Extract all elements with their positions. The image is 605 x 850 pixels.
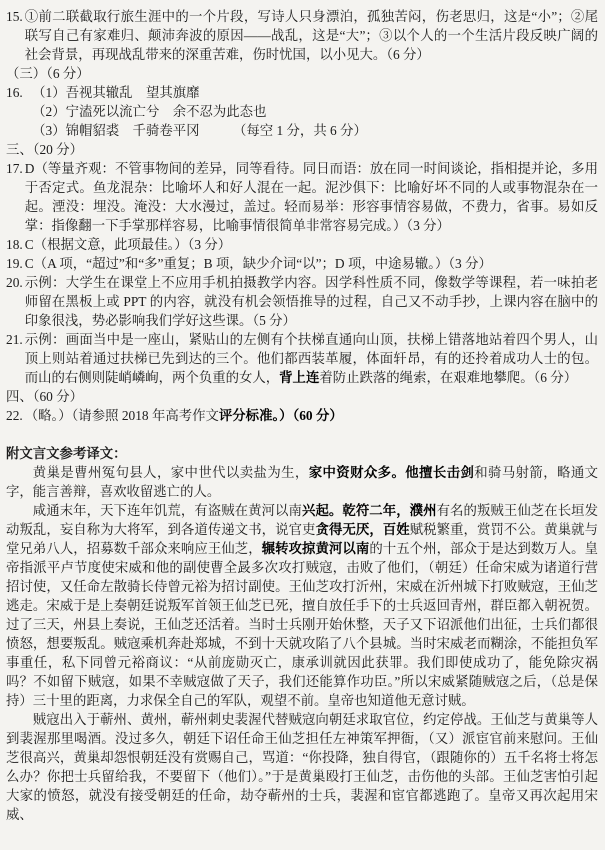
answer-item-15: 15.①前二联截取行旅生涯中的一个片段，写诗人只身漂泊，孤独苦闷，伤老思归，这是…: [6, 7, 598, 64]
text-segment: 三、（20 分）: [6, 142, 83, 157]
answer-item-subline: （2）宁溘死以流亡兮 余不忍为此态也: [6, 102, 598, 121]
item-number: 21.: [6, 330, 23, 349]
document-body: 15.①前二联截取行旅生涯中的一个片段，写诗人只身漂泊，孤独苦闷，伤老思归，这是…: [6, 7, 598, 824]
section-heading-3: 四、（60 分）: [6, 387, 598, 406]
answer-item-20: 20.示例：大学生在课堂上不应用手机拍摄教学内容。因学科性质不同，像数学等课程，…: [6, 273, 598, 330]
text-segment: D（等量齐观：不管事物间的差异，同等看待。同日而语：放在同一时间谈论，指相提并论…: [25, 161, 598, 233]
text-segment: 的十五个州，部众于是达到数万人。皇帝指派平卢节度使宋威和他的副使曹全晸多次攻打贼…: [6, 541, 598, 708]
answer-item-22: 22.（略。）（请参照 2018 年高考作文评分标准。）（60 分）: [6, 406, 598, 425]
scanned-answer-page: 15.①前二联截取行旅生涯中的一个片段，写诗人只身漂泊，孤独苦闷，伤老思归，这是…: [0, 0, 605, 850]
translation-paragraph-2: 咸通末年，天下连年饥荒，有盗贼在黄河以南兴起。乾符二年，濮州有名的叛贼王仙芝在长…: [6, 501, 598, 710]
text-segment: （2）宁溘死以流亡兮 余不忍为此态也: [32, 104, 266, 119]
translation-title: 附文言文参考译文：: [6, 444, 598, 463]
text-segment-bold: 家中资财众多。他擅长击剑: [309, 465, 475, 480]
text-segment: 黄巢是曹州冤句县人，家中世代以卖盐为生，: [33, 465, 309, 480]
text-segment: 咸通末年，天下连年饥荒，有盗贼在黄河以南: [33, 503, 302, 518]
text-segment: （3）锦帽貂裘 千骑卷平冈 （每空 1 分，共 6 分）: [32, 123, 367, 138]
translation-paragraph-1: 黄巢是曹州冤句县人，家中世代以卖盐为生，家中资财众多。他擅长击剑和骑马射箭，略通…: [6, 463, 598, 501]
text-segment: 贼寇出入于蕲州、黄州，蕲州刺史裴渥代替贼寇向朝廷求取官位，约定停战。王仙芝与黄巢…: [6, 712, 598, 822]
translation-paragraph-3: 贼寇出入于蕲州、黄州，蕲州刺史裴渥代替贼寇向朝廷求取官位，约定停战。王仙芝与黄巢…: [6, 710, 598, 824]
section-heading-2: 三、（20 分）: [6, 140, 598, 159]
text-segment-bold: 辗转攻掠黄河以南: [262, 541, 370, 556]
text-segment-bold: 兴起。乾符二年，濮州: [302, 503, 437, 518]
text-segment: （略。）（请参照 2018 年高考作文: [25, 408, 219, 423]
text-segment: 附文言文参考译文：: [6, 446, 127, 461]
section-heading-1: （三）（6 分）: [6, 64, 598, 83]
answer-item-16: 16.（1）吾视其辙乱 望其旗靡: [6, 83, 598, 102]
answer-item-18: 18.C（根据文意，此项最佳。）（3 分）: [6, 235, 598, 254]
text-segment: （1）吾视其辙乱 望其旗靡: [32, 85, 199, 100]
text-segment: C（根据文意，此项最佳。）（3 分）: [25, 237, 231, 252]
text-segment-bold: 贪得无厌，百姓: [316, 522, 410, 537]
answer-item-21: 21.示例：画面当中是一座山，紧贴山的左侧有个扶梯直通向山顶，扶梯上错落地站着四…: [6, 330, 598, 387]
text-segment: （三）（6 分）: [6, 66, 90, 81]
item-number: 22.: [6, 406, 23, 425]
answer-item-subline: （3）锦帽貂裘 千骑卷平冈 （每空 1 分，共 6 分）: [6, 121, 598, 140]
text-segment: 示例：大学生在课堂上不应用手机拍摄教学内容。因学科性质不同，像数学等课程，若一味…: [25, 275, 598, 328]
text-segment-bold: 评分标准。）（60 分）: [219, 408, 343, 423]
item-number: 17.: [6, 159, 23, 178]
text-segment: C（A 项，“超过”和“多”重复；B 项，缺少介词“以”；D 项，中途易辙。）（…: [25, 256, 492, 271]
item-number: 19.: [6, 254, 23, 273]
item-number: 20.: [6, 273, 23, 292]
answer-item-19: 19.C（A 项，“超过”和“多”重复；B 项，缺少介词“以”；D 项，中途易辙…: [6, 254, 598, 273]
answer-item-17: 17.D（等量齐观：不管事物间的差异，同等看待。同日而语：放在同一时间谈论，指相…: [6, 159, 598, 235]
text-segment: 着防止跌落的绳索，在艰难地攀爬。（6 分）: [319, 370, 577, 385]
text-segment: ①前二联截取行旅生涯中的一个片段，写诗人只身漂泊，孤独苦闷，伤老思归，这是“小”…: [25, 9, 598, 62]
text-segment-bold: 背上连: [279, 370, 319, 385]
item-number: 16.: [6, 83, 23, 102]
text-segment: 四、（60 分）: [6, 389, 83, 404]
item-number: 15.: [6, 7, 23, 26]
item-number: 18.: [6, 235, 23, 254]
